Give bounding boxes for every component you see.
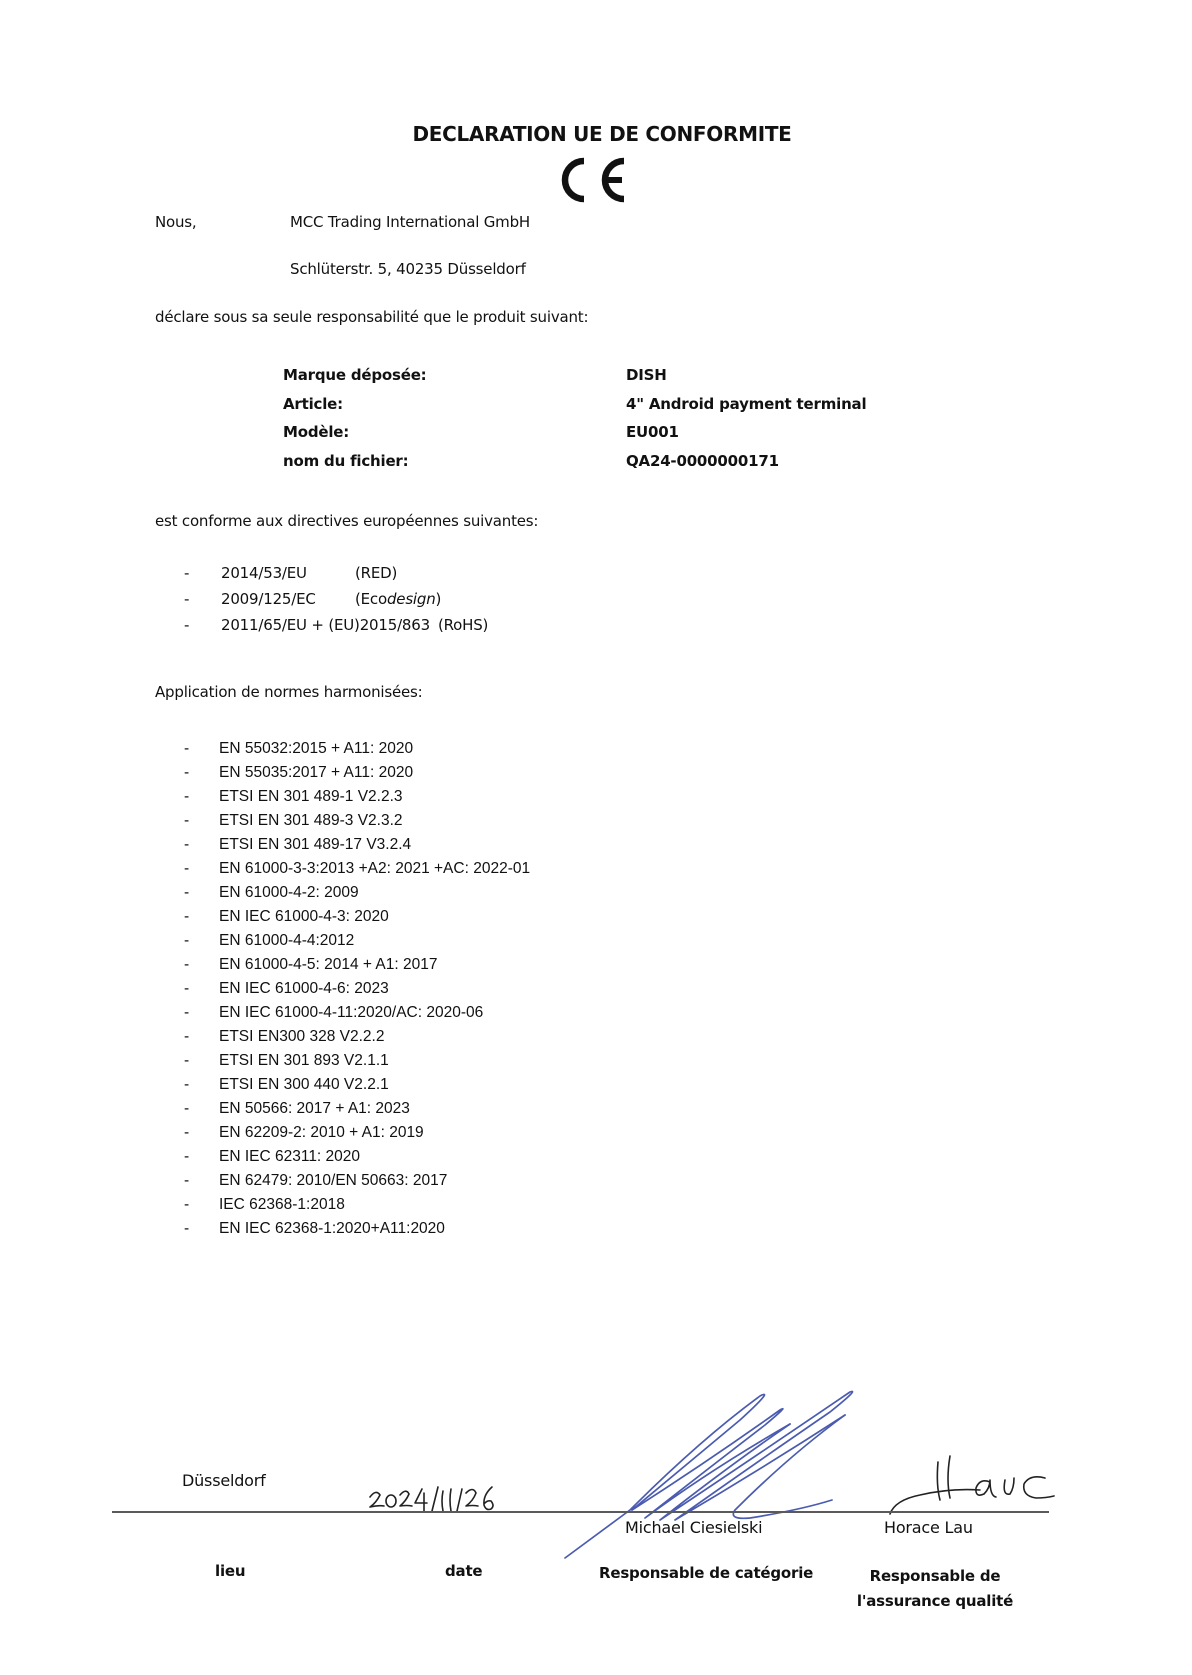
standard-reference: EN IEC 61000-4-11:2020/AC: 2020-06 <box>219 1004 483 1028</box>
signatory-name-2: Horace Lau <box>884 1518 973 1537</box>
signatory-role-2: Responsable de l'assurance qualité <box>825 1564 1045 1614</box>
standard-reference: IEC 62368-1:2018 <box>219 1196 345 1220</box>
standard-item: -ETSI EN 301 893 V2.1.1 <box>184 1052 530 1076</box>
standard-reference: EN 50566: 2017 + A1: 2023 <box>219 1100 410 1124</box>
standard-reference: EN IEC 61000-4-6: 2023 <box>219 980 389 1004</box>
directive-code: 2011/65/EU + (EU)2015/863 <box>221 616 430 642</box>
list-dash: - <box>184 1076 219 1100</box>
list-dash: - <box>184 1172 219 1196</box>
standards-list: -EN 55032:2015 + A11: 2020-EN 55035:2017… <box>184 740 530 1244</box>
caption-date: date <box>445 1562 482 1580</box>
signature-horace-lau <box>840 1440 1060 1520</box>
standard-item: -EN IEC 62311: 2020 <box>184 1148 530 1172</box>
list-dash: - <box>184 740 219 764</box>
standard-reference: EN 62479: 2010/EN 50663: 2017 <box>219 1172 447 1196</box>
directive-name-italic: design <box>387 590 436 608</box>
standard-item: -EN IEC 62368-1:2020+A11:2020 <box>184 1220 530 1244</box>
standard-reference: ETSI EN 300 440 V2.2.1 <box>219 1076 389 1100</box>
standards-intro: Application de normes harmonisées: <box>155 683 423 701</box>
standard-item: -EN 61000-4-2: 2009 <box>184 884 530 908</box>
list-dash: - <box>184 1196 219 1220</box>
list-dash: - <box>184 860 219 884</box>
signing-place: Düsseldorf <box>182 1471 266 1490</box>
company-name: MCC Trading International GmbH <box>290 213 530 231</box>
standard-item: -EN 61000-4-5: 2014 + A1: 2017 <box>184 956 530 980</box>
product-value-model: EU001 <box>626 423 679 441</box>
standard-item: -EN 62479: 2010/EN 50663: 2017 <box>184 1172 530 1196</box>
directive-name-prefix: (Eco <box>355 590 387 608</box>
directive-code: 2014/53/EU <box>221 564 355 590</box>
list-dash: - <box>184 908 219 932</box>
signature-line <box>112 1511 1049 1513</box>
list-dash: - <box>184 1028 219 1052</box>
standard-reference: ETSI EN300 328 V2.2.2 <box>219 1028 384 1052</box>
signatory-role-1: Responsable de catégorie <box>599 1564 813 1582</box>
list-dash: - <box>184 1220 219 1244</box>
standard-item: -EN 55032:2015 + A11: 2020 <box>184 740 530 764</box>
document-title: DECLARATION UE DE CONFORMITE <box>0 122 1192 146</box>
signatory-name-1: Michael Ciesielski <box>625 1518 762 1537</box>
list-dash: - <box>184 764 219 788</box>
directive-name: (RoHS) <box>438 616 488 642</box>
standard-reference: EN 61000-4-5: 2014 + A1: 2017 <box>219 956 437 980</box>
standard-item: -EN 61000-4-4:2012 <box>184 932 530 956</box>
standard-item: -EN 50566: 2017 + A1: 2023 <box>184 1100 530 1124</box>
list-dash: - <box>184 956 219 980</box>
declaration-page: DECLARATION UE DE CONFORMITE Nous, MCC T… <box>0 0 1192 1675</box>
standard-reference: EN 61000-4-2: 2009 <box>219 884 359 908</box>
product-label-filename: nom du fichier: <box>283 452 408 470</box>
standard-item: -EN 55035:2017 + A11: 2020 <box>184 764 530 788</box>
standard-reference: EN 62209-2: 2010 + A1: 2019 <box>219 1124 424 1148</box>
directives-intro: est conforme aux directives européennes … <box>155 512 538 530</box>
standard-reference: EN 55035:2017 + A11: 2020 <box>219 764 413 788</box>
product-value-brand: DISH <box>626 366 667 384</box>
standard-reference: EN 61000-3-3:2013 +A2: 2021 +AC: 2022-01 <box>219 860 530 884</box>
list-dash: - <box>184 836 219 860</box>
standard-item: -EN IEC 61000-4-11:2020/AC: 2020-06 <box>184 1004 530 1028</box>
directive-item: - 2011/65/EU + (EU)2015/863 (RoHS) <box>184 616 488 642</box>
list-dash: - <box>184 1100 219 1124</box>
standard-reference: EN 61000-4-4:2012 <box>219 932 354 956</box>
product-value-filename: QA24-0000000171 <box>626 452 779 470</box>
ce-mark-icon <box>554 155 630 205</box>
standard-item: -ETSI EN300 328 V2.2.2 <box>184 1028 530 1052</box>
directive-code: 2009/125/EC <box>221 590 355 616</box>
directives-list: - 2014/53/EU (RED) - 2009/125/EC (Ecodes… <box>184 564 488 642</box>
standard-item: -EN 61000-3-3:2013 +A2: 2021 +AC: 2022-0… <box>184 860 530 884</box>
standard-item: -ETSI EN 301 489-3 V2.3.2 <box>184 812 530 836</box>
product-label-article: Article: <box>283 395 343 413</box>
standard-item: -ETSI EN 300 440 V2.2.1 <box>184 1076 530 1100</box>
list-dash: - <box>184 564 221 590</box>
list-dash: - <box>184 884 219 908</box>
standard-reference: EN IEC 62368-1:2020+A11:2020 <box>219 1220 445 1244</box>
list-dash: - <box>184 590 221 616</box>
list-dash: - <box>184 980 219 1004</box>
standard-item: -IEC 62368-1:2018 <box>184 1196 530 1220</box>
list-dash: - <box>184 932 219 956</box>
declarant-lead: Nous, <box>155 213 197 231</box>
standard-reference: EN IEC 62311: 2020 <box>219 1148 360 1172</box>
directive-name: (Ecodesign) <box>355 590 441 616</box>
standard-reference: ETSI EN 301 893 V2.1.1 <box>219 1052 389 1076</box>
product-label-model: Modèle: <box>283 423 349 441</box>
standard-reference: ETSI EN 301 489-3 V2.3.2 <box>219 812 403 836</box>
standard-item: -ETSI EN 301 489-1 V2.2.3 <box>184 788 530 812</box>
standard-item: -ETSI EN 301 489-17 V3.2.4 <box>184 836 530 860</box>
standard-item: -EN IEC 61000-4-3: 2020 <box>184 908 530 932</box>
product-label-brand: Marque déposée: <box>283 366 427 384</box>
list-dash: - <box>184 1052 219 1076</box>
list-dash: - <box>184 1124 219 1148</box>
standard-reference: EN IEC 61000-4-3: 2020 <box>219 908 389 932</box>
caption-place: lieu <box>215 1562 245 1580</box>
list-dash: - <box>184 788 219 812</box>
directive-name-suffix: ) <box>436 590 442 608</box>
list-dash: - <box>184 1148 219 1172</box>
directive-item: - 2014/53/EU (RED) <box>184 564 488 590</box>
standard-item: -EN IEC 61000-4-6: 2023 <box>184 980 530 1004</box>
list-dash: - <box>184 1004 219 1028</box>
list-dash: - <box>184 616 221 642</box>
company-address: Schlüterstr. 5, 40235 Düsseldorf <box>290 260 526 278</box>
standard-item: -EN 62209-2: 2010 + A1: 2019 <box>184 1124 530 1148</box>
standard-reference: ETSI EN 301 489-17 V3.2.4 <box>219 836 411 860</box>
directive-name: (RED) <box>355 564 397 590</box>
directive-item: - 2009/125/EC (Ecodesign) <box>184 590 488 616</box>
product-value-article: 4" Android payment terminal <box>626 395 866 413</box>
list-dash: - <box>184 812 219 836</box>
standard-reference: EN 55032:2015 + A11: 2020 <box>219 740 413 764</box>
standard-reference: ETSI EN 301 489-1 V2.2.3 <box>219 788 403 812</box>
declaration-statement: déclare sous sa seule responsabilité que… <box>155 308 588 326</box>
